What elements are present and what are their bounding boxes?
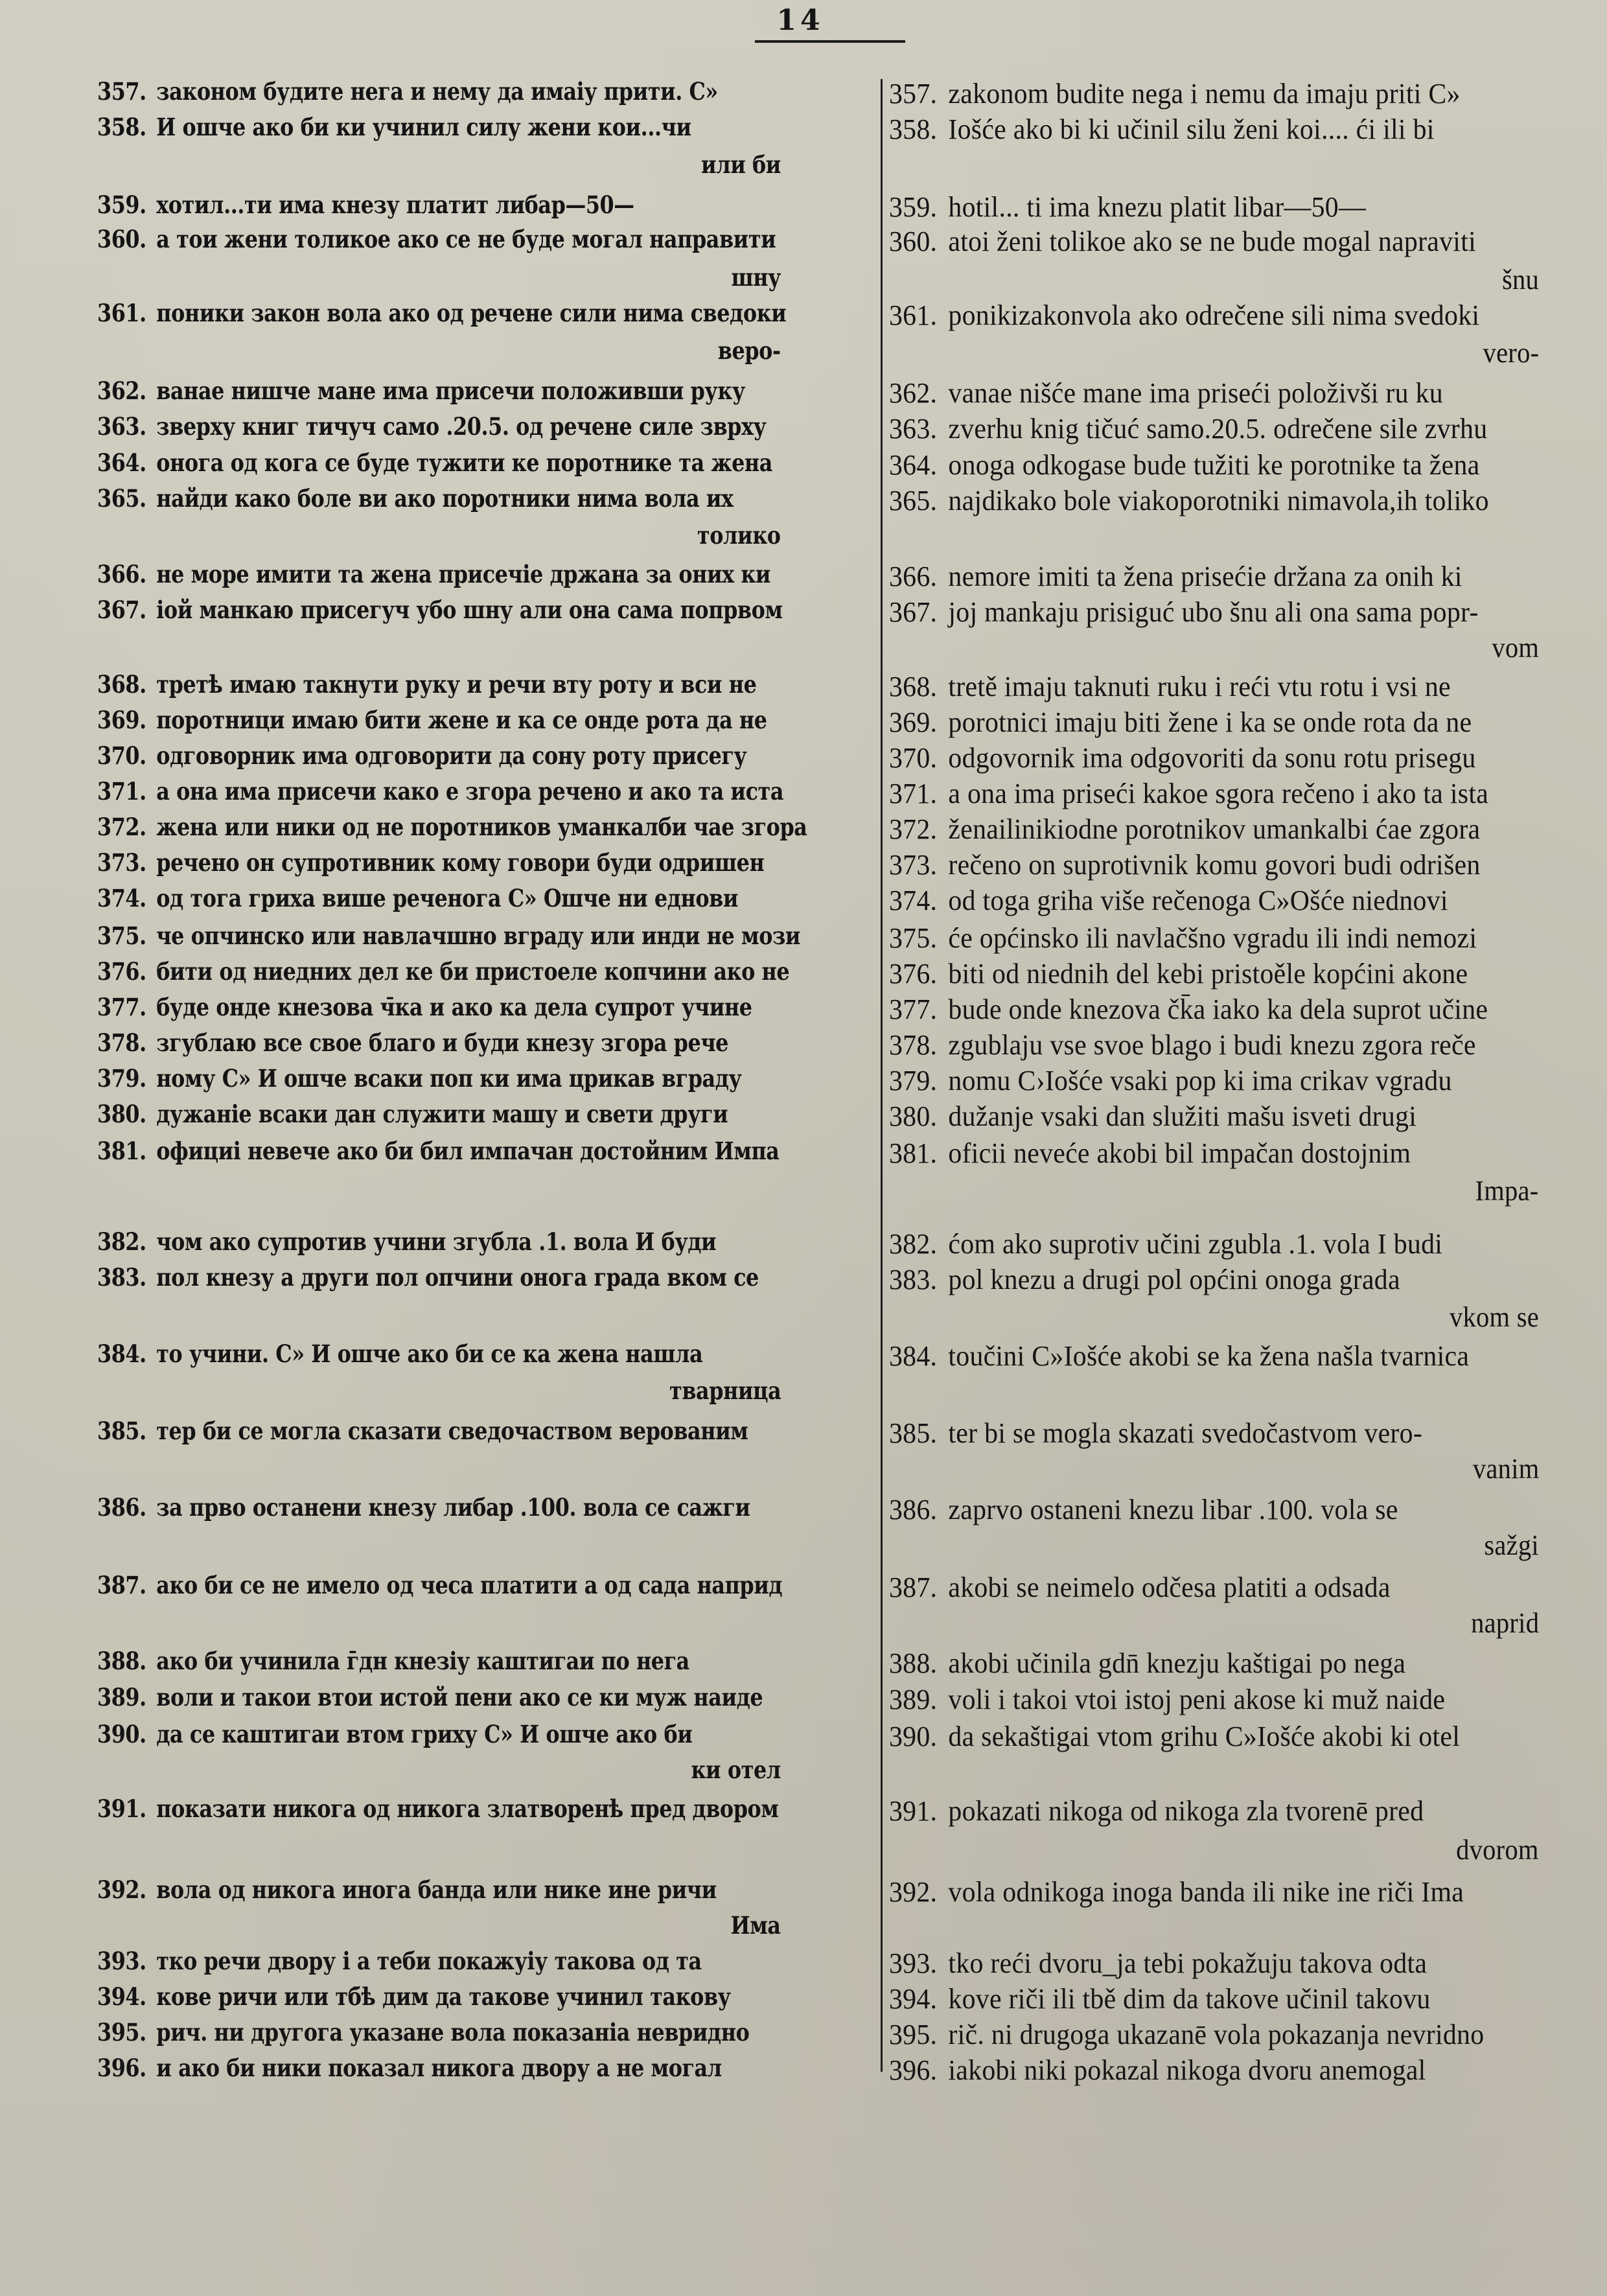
text-line: 378.згублаю все свое благо и буди кнезу … (97, 1031, 728, 1055)
line-continuation: толико (697, 524, 781, 548)
line-number: 379. (889, 1067, 937, 1095)
line-text: toučini C»Iošće akobi se ka žena našla t… (948, 1340, 1469, 1372)
line-text: воли и такои втои истой пени ако се ки м… (156, 1683, 763, 1711)
text-line: 387.ако би се не имело од чеса платити а… (97, 1573, 782, 1597)
line-text: че опчинско или навлачшно вграду или инд… (156, 922, 800, 950)
line-number: 369. (97, 708, 146, 732)
line-number: 363. (97, 415, 146, 439)
line-number: 395. (889, 2021, 937, 2049)
line-text: tko reći dvoru_ja tebi pokažuju takova o… (948, 1947, 1427, 1979)
line-text: хотил...ти има кнезу платит либар—50— (156, 191, 634, 219)
text-line: 382.ćom ako suprotiv učini zgubla .1. vo… (889, 1230, 1442, 1258)
text-line: 376.biti od niednih del kebi pristoěle k… (889, 960, 1468, 988)
line-continuation: sažgi (1484, 1531, 1539, 1560)
line-text: бити од ниедних дел ке би пристоеле копч… (156, 957, 789, 986)
text-line: 384.toučini C»Iošće akobi se ka žena naš… (889, 1342, 1469, 1371)
text-line: 362.ванае нишче мане има присечи положив… (97, 379, 745, 403)
line-text: жена или ники од не поротников уманкалби… (156, 813, 807, 841)
text-line: 375.че опчинско или навлачшно вграду или… (97, 924, 800, 948)
text-line: 368.tretě imaju taknuti ruku i reći vtu … (889, 673, 1451, 701)
line-number: 384. (97, 1342, 146, 1366)
line-number: 393. (889, 1949, 937, 1978)
line-text: vola odnikoga inoga banda ili nike ine r… (948, 1876, 1464, 1908)
text-line: 386.zaprvo ostaneni knezu libar .100. vo… (889, 1496, 1398, 1524)
line-text: ćom ako suprotiv učini zgubla .1. vola I… (948, 1228, 1442, 1260)
line-text: дужанiе всаки дан служити машу и свети д… (156, 1100, 728, 1128)
text-line: 381.официi невече ако би бил импачан дос… (97, 1139, 779, 1163)
text-line: 394.kove riči ili tbě dim da takove učin… (889, 1985, 1431, 2013)
text-line: 370.одговорник има одговорити да сону ро… (97, 744, 746, 768)
line-number: 378. (889, 1031, 937, 1060)
line-number: 394. (889, 1985, 937, 2013)
text-line: 360.а тои жени толикое ако се не буде мо… (97, 227, 776, 251)
text-line: 395.rič. ni drugoga ukazanē vola pokazan… (889, 2021, 1484, 2049)
text-line: 365.najdikako bole viakoporotniki nimavo… (889, 487, 1489, 515)
line-number: 377. (97, 995, 146, 1019)
page-number: 14 (765, 4, 836, 37)
text-line: 366.не море имити та жена присечiе држан… (97, 562, 770, 586)
line-text: odgovornik ima odgovoriti da sonu rotu p… (948, 742, 1475, 774)
line-number: 383. (889, 1266, 937, 1294)
line-number: 368. (889, 673, 937, 701)
line-number: 360. (97, 227, 146, 251)
line-number: 378. (97, 1031, 146, 1055)
line-number: 370. (97, 744, 146, 768)
line-text: ако би учинила г̄дн кнезiу каштигаи по н… (156, 1647, 689, 1675)
line-text: тко речи двору i а теби покажуiу такова … (156, 1947, 701, 1975)
line-number: 382. (889, 1230, 937, 1258)
column-divider (881, 79, 883, 2072)
line-number: 380. (97, 1102, 146, 1126)
line-text: iой манкаю присегуч убо шну али она сама… (156, 596, 782, 624)
line-continuation: vero- (1483, 339, 1539, 367)
line-number: 365. (97, 487, 146, 511)
text-line: 393.tko reći dvoru_ja tebi pokažuju tako… (889, 1949, 1427, 1978)
text-line: 369.porotnici imaju biti žene i ka se on… (889, 708, 1472, 737)
line-text: najdikako bole viakoporotniki nimavola,i… (948, 485, 1488, 516)
line-number: 367. (97, 598, 146, 622)
line-text: da sekaštigai vtom grihu C»Iošće akobi k… (948, 1721, 1460, 1752)
text-line: 363.зверху книг тичуч само .20.5. од реч… (97, 415, 766, 439)
line-number: 374. (97, 887, 146, 910)
text-line: 374.od toga griha više rečenoga C»Ošće n… (889, 887, 1448, 915)
text-line: 380.dužanje vsaki dan služiti mašu isvet… (889, 1102, 1416, 1131)
line-text: за прво останени кнезу либар .100. вола … (156, 1493, 750, 1522)
line-number: 394. (97, 1985, 146, 2009)
line-number: 373. (97, 851, 146, 875)
line-text: буде онде кнезова ч̄ка и ако ка дела суп… (156, 993, 752, 1021)
text-line: 389.voli i takoi vtoi istoj peni akose k… (889, 1686, 1445, 1714)
text-line: 390.да се каштигаи втом гриху С» И ошче … (97, 1722, 692, 1746)
line-text: akobi se neimelo odčesa platiti a odsada (948, 1571, 1390, 1603)
text-line: 381.oficii neveće akobi bil impačan dost… (889, 1139, 1411, 1168)
line-text: ženailinikiodne porotnikov umankalbi ćae… (948, 813, 1480, 845)
text-line: 357.zakonom budite nega i nemu da imaju … (889, 80, 1461, 108)
line-text: ter bi se mogla skazati svedočastvom ver… (948, 1417, 1422, 1449)
text-line: 362.vanae nišće mane ima priseći položiv… (889, 379, 1443, 408)
text-line: 389.воли и такои втои истой пени ако се … (97, 1686, 763, 1710)
line-text: voli i takoi vtoi istoj peni akose ki mu… (948, 1684, 1445, 1715)
line-text: чом ако супротив учини згубла .1. вола И… (156, 1227, 716, 1256)
text-line: 392.вола од никога инога банда или нике … (97, 1878, 717, 1902)
line-text: онога од кога се буде тужити ке поротник… (156, 448, 772, 477)
line-text: и ако би ники показал никога двору а не … (156, 2054, 721, 2082)
line-number: 371. (889, 780, 937, 808)
text-line: 372.ženailinikiodne porotnikov umankalbi… (889, 815, 1480, 844)
text-line: 359.хотил...ти има кнезу платит либар—50… (97, 193, 634, 217)
line-text: поротници имаю бити жене и ка се онде ро… (156, 706, 767, 734)
line-number: 357. (889, 80, 937, 108)
text-line: 365.найди како боле ви ако поротники ним… (97, 487, 734, 511)
line-number: 382. (97, 1230, 146, 1254)
line-text: dužanje vsaki dan služiti mašu isveti dr… (948, 1100, 1416, 1132)
line-number: 387. (97, 1573, 146, 1597)
line-number: 380. (889, 1102, 937, 1131)
text-line: 373.речено он супротивник кому говори бу… (97, 851, 764, 875)
line-text: nemore imiti ta žena prisećie držana za … (948, 561, 1462, 592)
line-number: 393. (97, 1949, 146, 1973)
line-number: 381. (889, 1139, 937, 1168)
line-text: речено он супротивник кому говори буди о… (156, 848, 764, 877)
line-continuation: Има (731, 1914, 781, 1938)
line-continuation: šnu (1502, 266, 1539, 294)
text-line: 386.за прво останени кнезу либар .100. в… (97, 1496, 750, 1520)
text-line: 392.vola odnikoga inoga banda ili nike i… (889, 1878, 1464, 1907)
line-text: a ona ima priseći kakoe sgora rečeno i a… (948, 778, 1488, 809)
line-text: iakobi niki pokazal nikoga dvoru anemoga… (948, 2054, 1426, 2086)
text-line: 361.ponikizakonvola ako odrečene sili ni… (889, 301, 1479, 330)
line-number: 377. (889, 995, 937, 1024)
line-text: biti od niednih del kebi pristoěle kopći… (948, 958, 1468, 990)
line-number: 363. (889, 415, 937, 443)
line-number: 359. (889, 193, 937, 222)
line-text: официi невече ако би бил импачан достойн… (156, 1137, 779, 1165)
line-text: tretě imaju taknuti ruku i reći vtu rotu… (948, 671, 1450, 702)
line-number: 365. (889, 487, 937, 515)
text-line: 390.da sekaštigai vtom grihu C»Iošće ako… (889, 1722, 1460, 1751)
text-line: 396.iakobi niki pokazal nikoga dvoru ane… (889, 2056, 1426, 2085)
line-number: 396. (889, 2056, 937, 2085)
line-text: rečeno on suprotivnik komu govori budi o… (948, 849, 1480, 881)
line-number: 388. (97, 1649, 146, 1673)
line-number: 389. (889, 1686, 937, 1714)
text-line: 387.akobi se neimelo odčesa platiti a od… (889, 1573, 1391, 1602)
line-continuation: Impa- (1475, 1177, 1539, 1205)
line-text: кове ричи или тб̄ѣ дим да такове учинил … (156, 1982, 730, 2011)
line-number: 389. (97, 1686, 146, 1710)
text-line: 369.поротници имаю бити жене и ка се онд… (97, 708, 767, 732)
line-number: 387. (889, 1573, 937, 1602)
line-text: pokazati nikoga od nikoga zla tvorenē pr… (948, 1795, 1424, 1827)
line-text: pol knezu a drugi pol općini onoga grada (948, 1264, 1400, 1295)
line-text: od toga griha više rečenoga C»Ošće niedn… (948, 885, 1448, 916)
text-line: 393.тко речи двору i а теби покажуiу так… (97, 1949, 702, 1973)
text-line: 372.жена или ники од не поротников уманк… (97, 815, 807, 839)
text-line: 366.nemore imiti ta žena prisećie držana… (889, 562, 1462, 591)
text-line: 380.дужанiе всаки дан служити машу и све… (97, 1102, 728, 1126)
line-text: kove riči ili tbě dim da takove učinil t… (948, 1983, 1430, 2015)
text-line: 382.чом ако супротив учини згубла .1. во… (97, 1230, 716, 1254)
line-number: 386. (97, 1496, 146, 1520)
text-line: 384.то учини. С» И ошче ако би се ка жен… (97, 1342, 702, 1366)
text-line: 363.zverhu knig tičuć samo.20.5. odrečen… (889, 415, 1487, 443)
line-number: 364. (889, 451, 937, 480)
line-text: а тои жени толикое ако се не буде могал … (156, 225, 776, 253)
line-number: 385. (889, 1419, 937, 1448)
text-line: 370.odgovornik ima odgovoriti da sonu ro… (889, 744, 1476, 772)
line-text: И ошче ако би ки учинил силу жени кои...… (156, 113, 691, 141)
line-continuation: vanim (1472, 1455, 1539, 1483)
line-continuation: тварница (669, 1379, 781, 1403)
line-number: 391. (889, 1797, 937, 1826)
line-text: пол кнезу а други пол опчини онога града… (156, 1263, 759, 1292)
line-number: 375. (889, 924, 937, 953)
line-text: rič. ni drugoga ukazanē vola pokazanja n… (948, 2019, 1484, 2050)
line-text: одговорник има одговорити да сону роту п… (156, 741, 746, 770)
text-line: 374.од тога гриха више реченога С» Ошче … (97, 887, 738, 910)
line-text: не море имити та жена присечiе држана за… (156, 560, 770, 588)
line-text: третѣ имаю такнути руку и речи вту роту … (156, 670, 756, 699)
text-line: 394.кове ричи или тб̄ѣ дим да такове учи… (97, 1985, 731, 2009)
text-line: 376.бити од ниедних дел ке би пристоеле … (97, 960, 789, 984)
text-line: 396.и ако би ники показал никога двору а… (97, 2056, 722, 2080)
text-line: 377.буде онде кнезова ч̄ка и ако ка дела… (97, 995, 752, 1019)
line-number: 396. (97, 2056, 146, 2080)
line-text: joj mankaju prisiguć ubo šnu ali ona sam… (948, 596, 1478, 628)
line-text: vanae nišće mane ima priseći položivši r… (948, 377, 1443, 409)
text-line: 368.третѣ имаю такнути руку и речи вту р… (97, 673, 756, 697)
line-text: porotnici imaju biti žene i ka se onde r… (948, 706, 1472, 738)
line-text: тер би се могла сказати сведочаством вер… (156, 1417, 748, 1445)
line-text: рич. ни другога указане вола показанiа н… (156, 2018, 749, 2047)
line-number: 392. (97, 1878, 146, 1902)
line-number: 379. (97, 1067, 146, 1091)
text-line: 373.rečeno on suprotivnik komu govori bu… (889, 851, 1481, 879)
line-text: atoi ženi tolikoe ako se ne bude mogal n… (948, 226, 1476, 257)
line-continuation: ки отел (691, 1758, 781, 1782)
text-line: 388.akobi učinila gdn̄ knezju kaštigai p… (889, 1649, 1405, 1678)
line-text: ному С» И ошче всаки поп ки има црикав в… (156, 1064, 741, 1093)
text-line: 359.hotil... ti ima knezu platit libar—5… (889, 193, 1366, 222)
line-text: да се каштигаи втом гриху С» И ошче ако … (156, 1720, 692, 1748)
text-line: 358.И ошче ако би ки учинил силу жени ко… (97, 115, 691, 139)
text-line: 364.онога од кога се буде тужити ке поро… (97, 451, 772, 475)
line-text: nomu C›Iošće vsaki pop ki ima crikav vgr… (948, 1065, 1451, 1096)
text-line: 358.Iošće ako bi ki učinil silu ženi koi… (889, 115, 1435, 144)
line-text: зверху книг тичуч само .20.5. од речене … (156, 412, 766, 441)
line-number: 390. (97, 1722, 146, 1746)
line-number: 388. (889, 1649, 937, 1678)
text-line: 371.а она има присечи како е згора речен… (97, 780, 783, 804)
line-text: hotil... ti ima knezu platit libar—50— (948, 191, 1366, 223)
line-continuation: dvorom (1456, 1836, 1539, 1864)
line-text: će općinsko ili navlačšno vgradu ili ind… (948, 922, 1477, 954)
text-line: 379.ному С» И ошче всаки поп ки има црик… (97, 1067, 741, 1091)
line-number: 383. (97, 1266, 146, 1290)
text-line: 391.pokazati nikoga od nikoga zla tvoren… (889, 1797, 1424, 1826)
text-line: 391.показати никога од никога златворенѣ… (97, 1797, 779, 1821)
text-line: 371.a ona ima priseći kakoe sgora rečeno… (889, 780, 1488, 808)
line-continuation: vom (1492, 634, 1539, 662)
line-text: ponikizakonvola ako odrečene sili nima s… (948, 299, 1479, 331)
text-line: 383.pol knezu a drugi pol općini onoga g… (889, 1266, 1400, 1294)
line-continuation: веро- (718, 339, 781, 363)
line-number: 362. (889, 379, 937, 408)
text-line: 367.iой манкаю присегуч убо шну али она … (97, 598, 783, 622)
line-number: 361. (889, 301, 937, 330)
line-number: 362. (97, 379, 146, 403)
line-number: 376. (889, 960, 937, 988)
line-text: zakonom budite nega i nemu da imaju prit… (948, 78, 1460, 110)
line-number: 385. (97, 1419, 146, 1443)
line-continuation: или би (701, 153, 781, 177)
line-number: 386. (889, 1496, 937, 1524)
text-line: 379.nomu C›Iošće vsaki pop ki ima crikav… (889, 1067, 1452, 1095)
line-number: 369. (889, 708, 937, 737)
line-number: 395. (97, 2021, 146, 2045)
line-number: 371. (97, 780, 146, 804)
line-number: 368. (97, 673, 146, 697)
line-text: а она има присечи како е згора речено и … (156, 777, 783, 806)
line-continuation: vkom se (1450, 1303, 1539, 1332)
line-number: 364. (97, 451, 146, 475)
line-text: zverhu knig tičuć samo.20.5. odrečene si… (948, 413, 1487, 445)
text-line: 360.atoi ženi tolikoe ako se ne bude mog… (889, 227, 1476, 256)
line-text: вола од никога инога банда или нике ине … (156, 1875, 717, 1904)
text-line: 364.onoga odkogase bude tužiti ke porotn… (889, 451, 1480, 480)
line-number: 381. (97, 1139, 146, 1163)
line-number: 358. (97, 115, 146, 139)
line-text: oficii neveće akobi bil impačan dostojni… (948, 1137, 1411, 1169)
line-text: zaprvo ostaneni knezu libar .100. vola s… (948, 1494, 1398, 1525)
line-number: 360. (889, 227, 937, 256)
line-continuation: шну (731, 266, 781, 290)
text-line: 383.пол кнезу а други пол опчини онога г… (97, 1266, 759, 1290)
text-line: 367.joj mankaju prisiguć ubo šnu ali ona… (889, 598, 1479, 627)
line-number: 366. (97, 562, 146, 586)
line-number: 359. (97, 193, 146, 217)
line-number: 357. (97, 80, 146, 104)
page-number-rule (755, 40, 905, 43)
line-text: onoga odkogase bude tužiti ke porotnike … (948, 449, 1479, 481)
line-number: 375. (97, 924, 146, 948)
line-text: ако би се не имело од чеса платити а од … (156, 1571, 782, 1599)
text-line: 357.законом будите нега и нему да имаiу … (97, 80, 718, 104)
line-number: 366. (889, 562, 937, 591)
line-text: згублаю все свое благо и буди кнезу згор… (156, 1028, 728, 1057)
line-text: Iošće ako bi ki učinil silu ženi koi....… (948, 113, 1434, 145)
line-number: 373. (889, 851, 937, 879)
text-line: 378.zgublaju vse svoe blago i budi knezu… (889, 1031, 1476, 1060)
text-line: 388.ако би учинила г̄дн кнезiу каштигаи … (97, 1649, 689, 1673)
text-line: 395.рич. ни другога указане вола показан… (97, 2021, 749, 2045)
line-text: akobi učinila gdn̄ knezju kaštigai po ne… (948, 1647, 1405, 1679)
text-line: 377.bude onde knezova čk̄a iako ka dela … (889, 995, 1488, 1024)
line-text: zgublaju vse svoe blago i budi knezu zgo… (948, 1029, 1475, 1061)
line-text: найди како боле ви ако поротники нима во… (156, 484, 733, 513)
line-number: 390. (889, 1722, 937, 1751)
line-continuation: naprid (1471, 1609, 1539, 1638)
line-number: 372. (97, 815, 146, 839)
line-text: показати никога од никога златворенѣ пре… (156, 1794, 778, 1823)
line-number: 361. (97, 301, 146, 325)
line-number: 358. (889, 115, 937, 144)
line-text: од тога гриха више реченога С» Ошче ни е… (156, 884, 738, 912)
line-text: поники закон вола ако од речене сили ним… (156, 299, 786, 327)
line-number: 384. (889, 1342, 937, 1371)
line-number: 370. (889, 744, 937, 772)
line-number: 372. (889, 815, 937, 844)
line-text: то учини. С» И ошче ако би се ка жена на… (156, 1339, 702, 1368)
line-number: 376. (97, 960, 146, 984)
line-number: 367. (889, 598, 937, 627)
line-number: 391. (97, 1797, 146, 1821)
text-line: 361.поники закон вола ако од речене сили… (97, 301, 786, 325)
line-number: 392. (889, 1878, 937, 1907)
line-number: 374. (889, 887, 937, 915)
line-text: ванае нишче мане има присечи положивши р… (156, 377, 745, 405)
line-text: bude onde knezova čk̄a iako ka dela supr… (948, 993, 1488, 1025)
text-line: 385.ter bi se mogla skazati svedočastvom… (889, 1419, 1422, 1448)
text-line: 385.тер би се могла сказати сведочаством… (97, 1419, 748, 1443)
line-text: законом будите нега и нему да имаiу прит… (156, 77, 718, 106)
text-line: 375.će općinsko ili navlačšno vgradu ili… (889, 924, 1477, 953)
